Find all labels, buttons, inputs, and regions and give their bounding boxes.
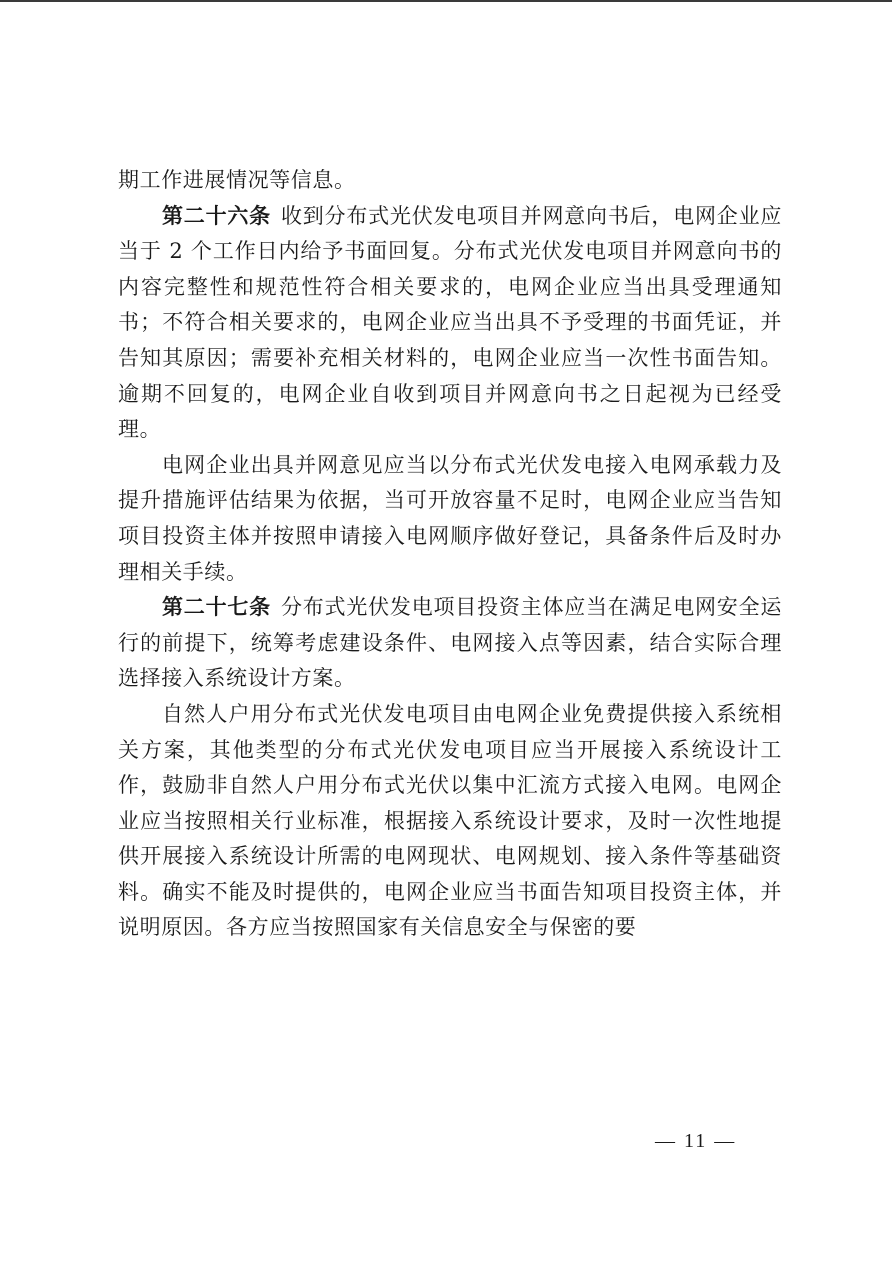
document-body: 期工作进展情况等信息。 第二十六条收到分布式光伏发电项目并网意向书后，电网企业应… [118, 163, 782, 946]
article-label: 第二十六条 [162, 204, 271, 228]
article-label: 第二十七条 [162, 595, 271, 619]
paragraph-text: 电网企业出具并网意见应当以分布式光伏发电接入电网承载力及提升措施评估结果为依据，… [118, 453, 782, 584]
paragraph-article-27: 第二十七条分布式光伏发电项目投资主体应当在满足电网安全运行的前提下，统筹考虑建设… [118, 590, 782, 697]
page-top-border [0, 0, 892, 2]
paragraph-text: 自然人户用分布式光伏发电项目由电网企业免费提供接入系统相关方案，其他类型的分布式… [118, 702, 782, 940]
page-number: — 11 — [655, 1130, 736, 1153]
paragraph-text: 收到分布式光伏发电项目并网意向书后，电网企业应当于 2 个工作日内给予书面回复。… [118, 204, 782, 442]
paragraph-text: 期工作进展情况等信息。 [118, 168, 356, 192]
paragraph-article-26: 第二十六条收到分布式光伏发电项目并网意向书后，电网企业应当于 2 个工作日内给予… [118, 199, 782, 448]
paragraph-grid-opinion: 电网企业出具并网意见应当以分布式光伏发电接入电网承载力及提升措施评估结果为依据，… [118, 448, 782, 590]
paragraph-continuation: 期工作进展情况等信息。 [118, 163, 782, 199]
paragraph-household-pv: 自然人户用分布式光伏发电项目由电网企业免费提供接入系统相关方案，其他类型的分布式… [118, 697, 782, 946]
